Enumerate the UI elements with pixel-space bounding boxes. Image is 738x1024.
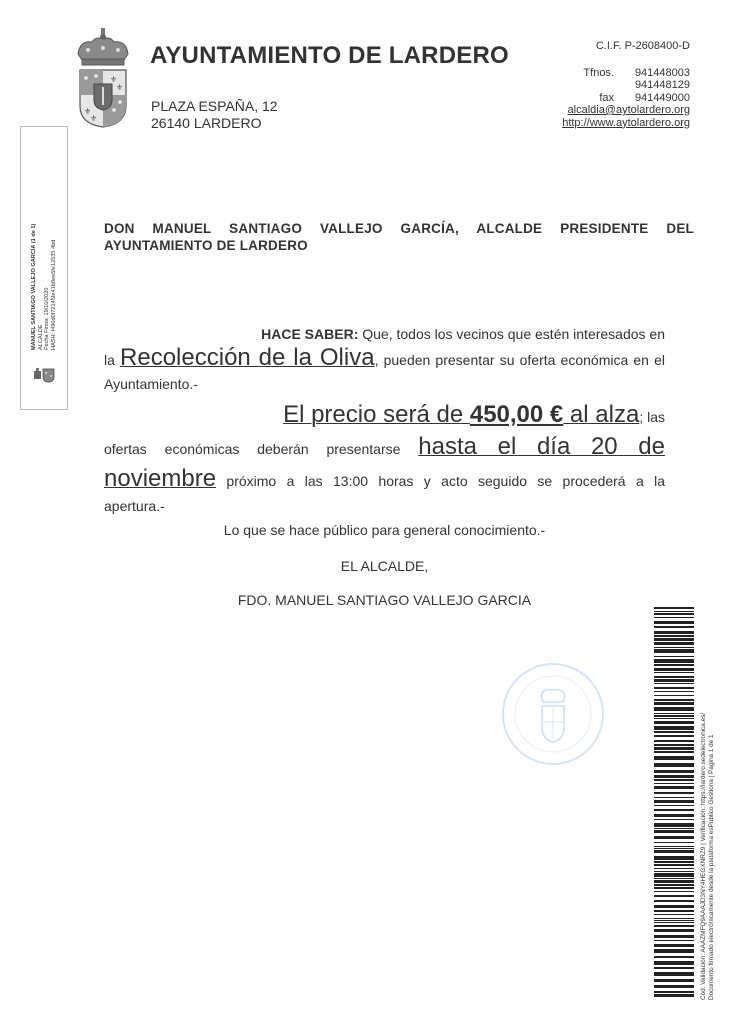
deadline-line-2: noviembre próximo a las 13:00 horas y ac…	[104, 464, 665, 496]
phone-1: 941448003	[628, 67, 690, 80]
deadline-month: noviembre	[104, 465, 216, 492]
signoff-title: EL ALCALDE,	[104, 558, 665, 574]
signoff-name: FDO. MANUEL SANTIAGO VALLEJO GARCIA	[104, 592, 665, 608]
deadline-highlight: hasta el día 20 de	[418, 433, 665, 460]
signature-hash: HASH: f490d0f72145fe41b8ee5fe12535 4bd	[51, 130, 58, 350]
hace-saber-label: HACE SABER:	[261, 326, 358, 342]
price-paragraph: El precio será de 450,00 € al alza; las …	[104, 400, 665, 516]
paragraph-line-1: HACE SABER: Que, todos los vecinos que e…	[104, 322, 665, 346]
validation-strip: Cód. Validación: AAAZMFQ9AAAJD3NY4HEGXNR…	[690, 610, 726, 1000]
coat-of-arms-icon: ⚜ ⚜ ⚜ ⚜	[74, 28, 132, 128]
fax-label: fax	[564, 92, 628, 105]
email-link[interactable]: alcaldia@aytolardero.org	[562, 104, 690, 117]
closing-statement: Lo que se hace público para general cono…	[104, 522, 665, 538]
address-city: 26140 LARDERO	[151, 115, 278, 132]
signer-name: MANUEL SANTIAGO VALLEJO GARCÍA (1 de 1)	[31, 130, 38, 350]
opening-text: apertura.-	[104, 496, 665, 516]
signature-date: Fecha Firma: 19/10/2020	[44, 130, 51, 350]
contact-block: C.I.F. P-2608400-D Tfnos.941448003 94144…	[562, 40, 690, 129]
validation-code: Cód. Validación: AAAZMFQ9AAAJD3NY4HEGXNR…	[700, 610, 708, 1000]
highlight-subject: Recolección de la Oliva	[120, 344, 375, 371]
price-amount: 450,00 €	[470, 401, 563, 428]
phone-label: Tfnos.	[564, 67, 628, 80]
price-intro: El precio será de	[283, 401, 470, 428]
deadline-line: ofertas económicas deberán presentarse h…	[104, 432, 665, 464]
cif-number: C.I.F. P-2608400-D	[562, 40, 690, 53]
org-title: AYUNTAMIENTO DE LARDERO	[150, 42, 509, 70]
signature-strip: MANUEL SANTIAGO VALLEJO GARCÍA (1 de 1) …	[20, 126, 68, 410]
signer-role: ALCALDE	[37, 130, 44, 350]
address-street: PLAZA ESPAÑA, 12	[151, 98, 278, 115]
fax-number: 941449000	[628, 92, 690, 105]
platform-info: Documento firmado electrónicamente desde…	[708, 610, 716, 1000]
barcode	[654, 607, 694, 997]
phone-2: 941448129	[628, 79, 690, 92]
svg-text:⚜: ⚜	[116, 83, 123, 92]
svg-text:⚜: ⚜	[90, 114, 97, 123]
price-line: El precio será de 450,00 € al alza; las	[104, 400, 665, 432]
org-address: PLAZA ESPAÑA, 12 26140 LARDERO	[151, 98, 278, 132]
website-link[interactable]: http://www.aytolardero.org	[562, 117, 690, 130]
seal-mini-icon	[33, 367, 55, 383]
official-stamp-icon	[498, 660, 608, 768]
announcement-paragraph: HACE SABER: Que, todos los vecinos que e…	[104, 322, 665, 396]
price-condition: al alza	[563, 401, 639, 428]
document-heading: DON MANUEL SANTIAGO VALLEJO GARCÍA, ALCA…	[104, 220, 694, 254]
